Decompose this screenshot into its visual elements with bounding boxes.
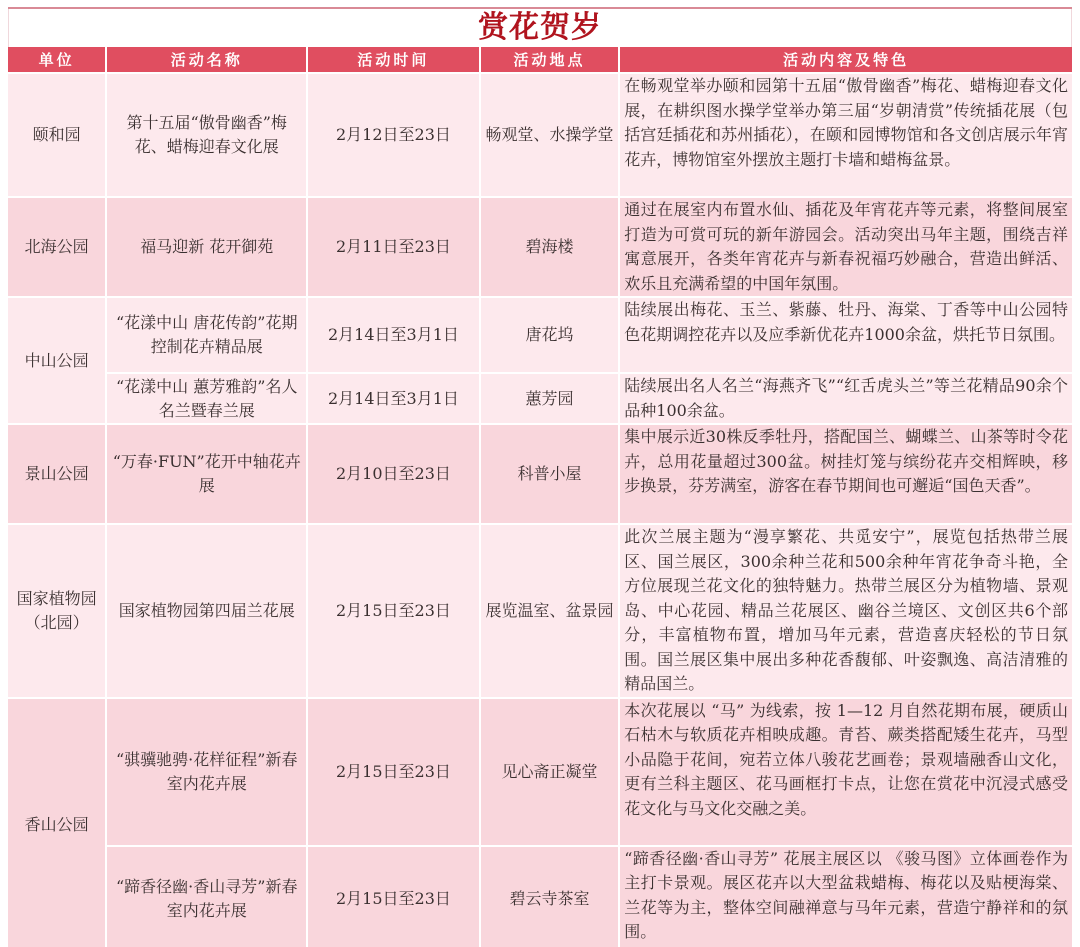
cell-time: 2月14日至3月1日 — [308, 298, 479, 374]
cell-place: 畅观堂、水操学堂 — [481, 74, 619, 198]
cell-time: 2月14日至3月1日 — [308, 374, 479, 425]
cell-place: 见心斋正凝堂 — [481, 699, 619, 847]
table-row: “蹄香径幽·香山寻芳”新春室内花卉展 2月15日至23日 碧云寺茶室 “蹄香径幽… — [8, 847, 1072, 947]
header-row: 单位 活动名称 活动时间 活动地点 活动内容及特色 — [8, 47, 1072, 74]
cell-unit: 颐和园 — [8, 74, 105, 198]
cell-unit: 景山公园 — [8, 425, 105, 525]
cell-place: 碧云寺茶室 — [481, 847, 619, 947]
cell-time: 2月10日至23日 — [308, 425, 479, 525]
cell-name: 福马迎新 花开御苑 — [107, 198, 306, 298]
cell-place: 碧海楼 — [481, 198, 619, 298]
cell-place: 蕙芳园 — [481, 374, 619, 425]
cell-name: “蹄香径幽·香山寻芳”新春室内花卉展 — [107, 847, 306, 947]
header-activity-time: 活动时间 — [308, 47, 479, 74]
cell-name: “花漾中山 蕙芳雅韵”名人名兰暨春兰展 — [107, 374, 306, 425]
table-row: “花漾中山 蕙芳雅韵”名人名兰暨春兰展 2月14日至3月1日 蕙芳园 陆续展出名… — [8, 374, 1072, 425]
cell-place: 唐花坞 — [481, 298, 619, 374]
cell-name: “花漾中山 唐花传韵”花期控制花卉精品展 — [107, 298, 306, 374]
cell-place: 科普小屋 — [481, 425, 619, 525]
title-row: 赏花贺岁 — [8, 9, 1072, 47]
cell-desc: 陆续展出名人名兰“海燕齐飞”“红舌虎头兰”等兰花精品90余个品种100余盆。 — [620, 374, 1072, 425]
cell-desc: 陆续展出梅花、玉兰、紫藤、牡丹、海棠、丁香等中山公园特色花期调控花卉以及应季新优… — [620, 298, 1072, 374]
cell-place: 展览温室、盆景园 — [481, 525, 619, 699]
header-unit: 单位 — [8, 47, 105, 74]
cell-name: 第十五届“傲骨幽香”梅花、蜡梅迎春文化展 — [107, 74, 306, 198]
cell-name: “万春·FUN”花开中轴花卉展 — [107, 425, 306, 525]
table-row: 景山公园 “万春·FUN”花开中轴花卉展 2月10日至23日 科普小屋 集中展示… — [8, 425, 1072, 525]
cell-unit: 国家植物园（北园） — [8, 525, 105, 699]
cell-time: 2月15日至23日 — [308, 525, 479, 699]
cell-desc: 本次花展以 “马” 为线索，按 1—12 月自然花期布展，硬质山石枯木与软质花卉… — [620, 699, 1072, 847]
cell-desc: 在畅观堂举办颐和园第十五届“傲骨幽香”梅花、蜡梅迎春文化展，在耕织图水操学堂举办… — [620, 74, 1072, 198]
events-table: 单位 活动名称 活动时间 活动地点 活动内容及特色 颐和园 第十五届“傲骨幽香”… — [6, 47, 1074, 947]
cell-name: “骐骥驰骋·花样征程”新春室内花卉展 — [107, 699, 306, 847]
cell-desc: 集中展示近30株反季牡丹，搭配国兰、蝴蝶兰、山茶等时令花卉，总用花量超过300盆… — [620, 425, 1072, 525]
cell-desc: 此次兰展主题为“漫享繁花、共觅安宁”，展览包括热带兰展区、国兰展区，300余种兰… — [620, 525, 1072, 699]
header-activity-content: 活动内容及特色 — [620, 47, 1072, 74]
table-title: 赏花贺岁 — [478, 10, 602, 45]
cell-time: 2月15日至23日 — [308, 847, 479, 947]
cell-name: 国家植物园第四届兰花展 — [107, 525, 306, 699]
header-activity-place: 活动地点 — [481, 47, 619, 74]
cell-time: 2月15日至23日 — [308, 699, 479, 847]
header-activity-name: 活动名称 — [107, 47, 306, 74]
cell-time: 2月11日至23日 — [308, 198, 479, 298]
cell-desc: 通过在展室内布置水仙、插花及年宵花卉等元素，将整间展室打造为可赏可玩的新年游园会… — [620, 198, 1072, 298]
cell-unit: 中山公园 — [8, 298, 105, 425]
table-row: 香山公园 “骐骥驰骋·花样征程”新春室内花卉展 2月15日至23日 见心斋正凝堂… — [8, 699, 1072, 847]
flower-events-table-frame: 赏花贺岁 单位 活动名称 活动时间 活动地点 活动内容及特色 颐和园 第十五届“… — [8, 7, 1072, 947]
table-row: 国家植物园（北园） 国家植物园第四届兰花展 2月15日至23日 展览温室、盆景园… — [8, 525, 1072, 699]
cell-unit: 北海公园 — [8, 198, 105, 298]
table-row: 颐和园 第十五届“傲骨幽香”梅花、蜡梅迎春文化展 2月12日至23日 畅观堂、水… — [8, 74, 1072, 198]
table-row: 北海公园 福马迎新 花开御苑 2月11日至23日 碧海楼 通过在展室内布置水仙、… — [8, 198, 1072, 298]
cell-desc: “蹄香径幽·香山寻芳” 花展主展区以 《骏马图》立体画卷作为主打卡景观。展区花卉… — [620, 847, 1072, 947]
cell-time: 2月12日至23日 — [308, 74, 479, 198]
cell-unit: 香山公园 — [8, 699, 105, 947]
table-row: 中山公园 “花漾中山 唐花传韵”花期控制花卉精品展 2月14日至3月1日 唐花坞… — [8, 298, 1072, 374]
